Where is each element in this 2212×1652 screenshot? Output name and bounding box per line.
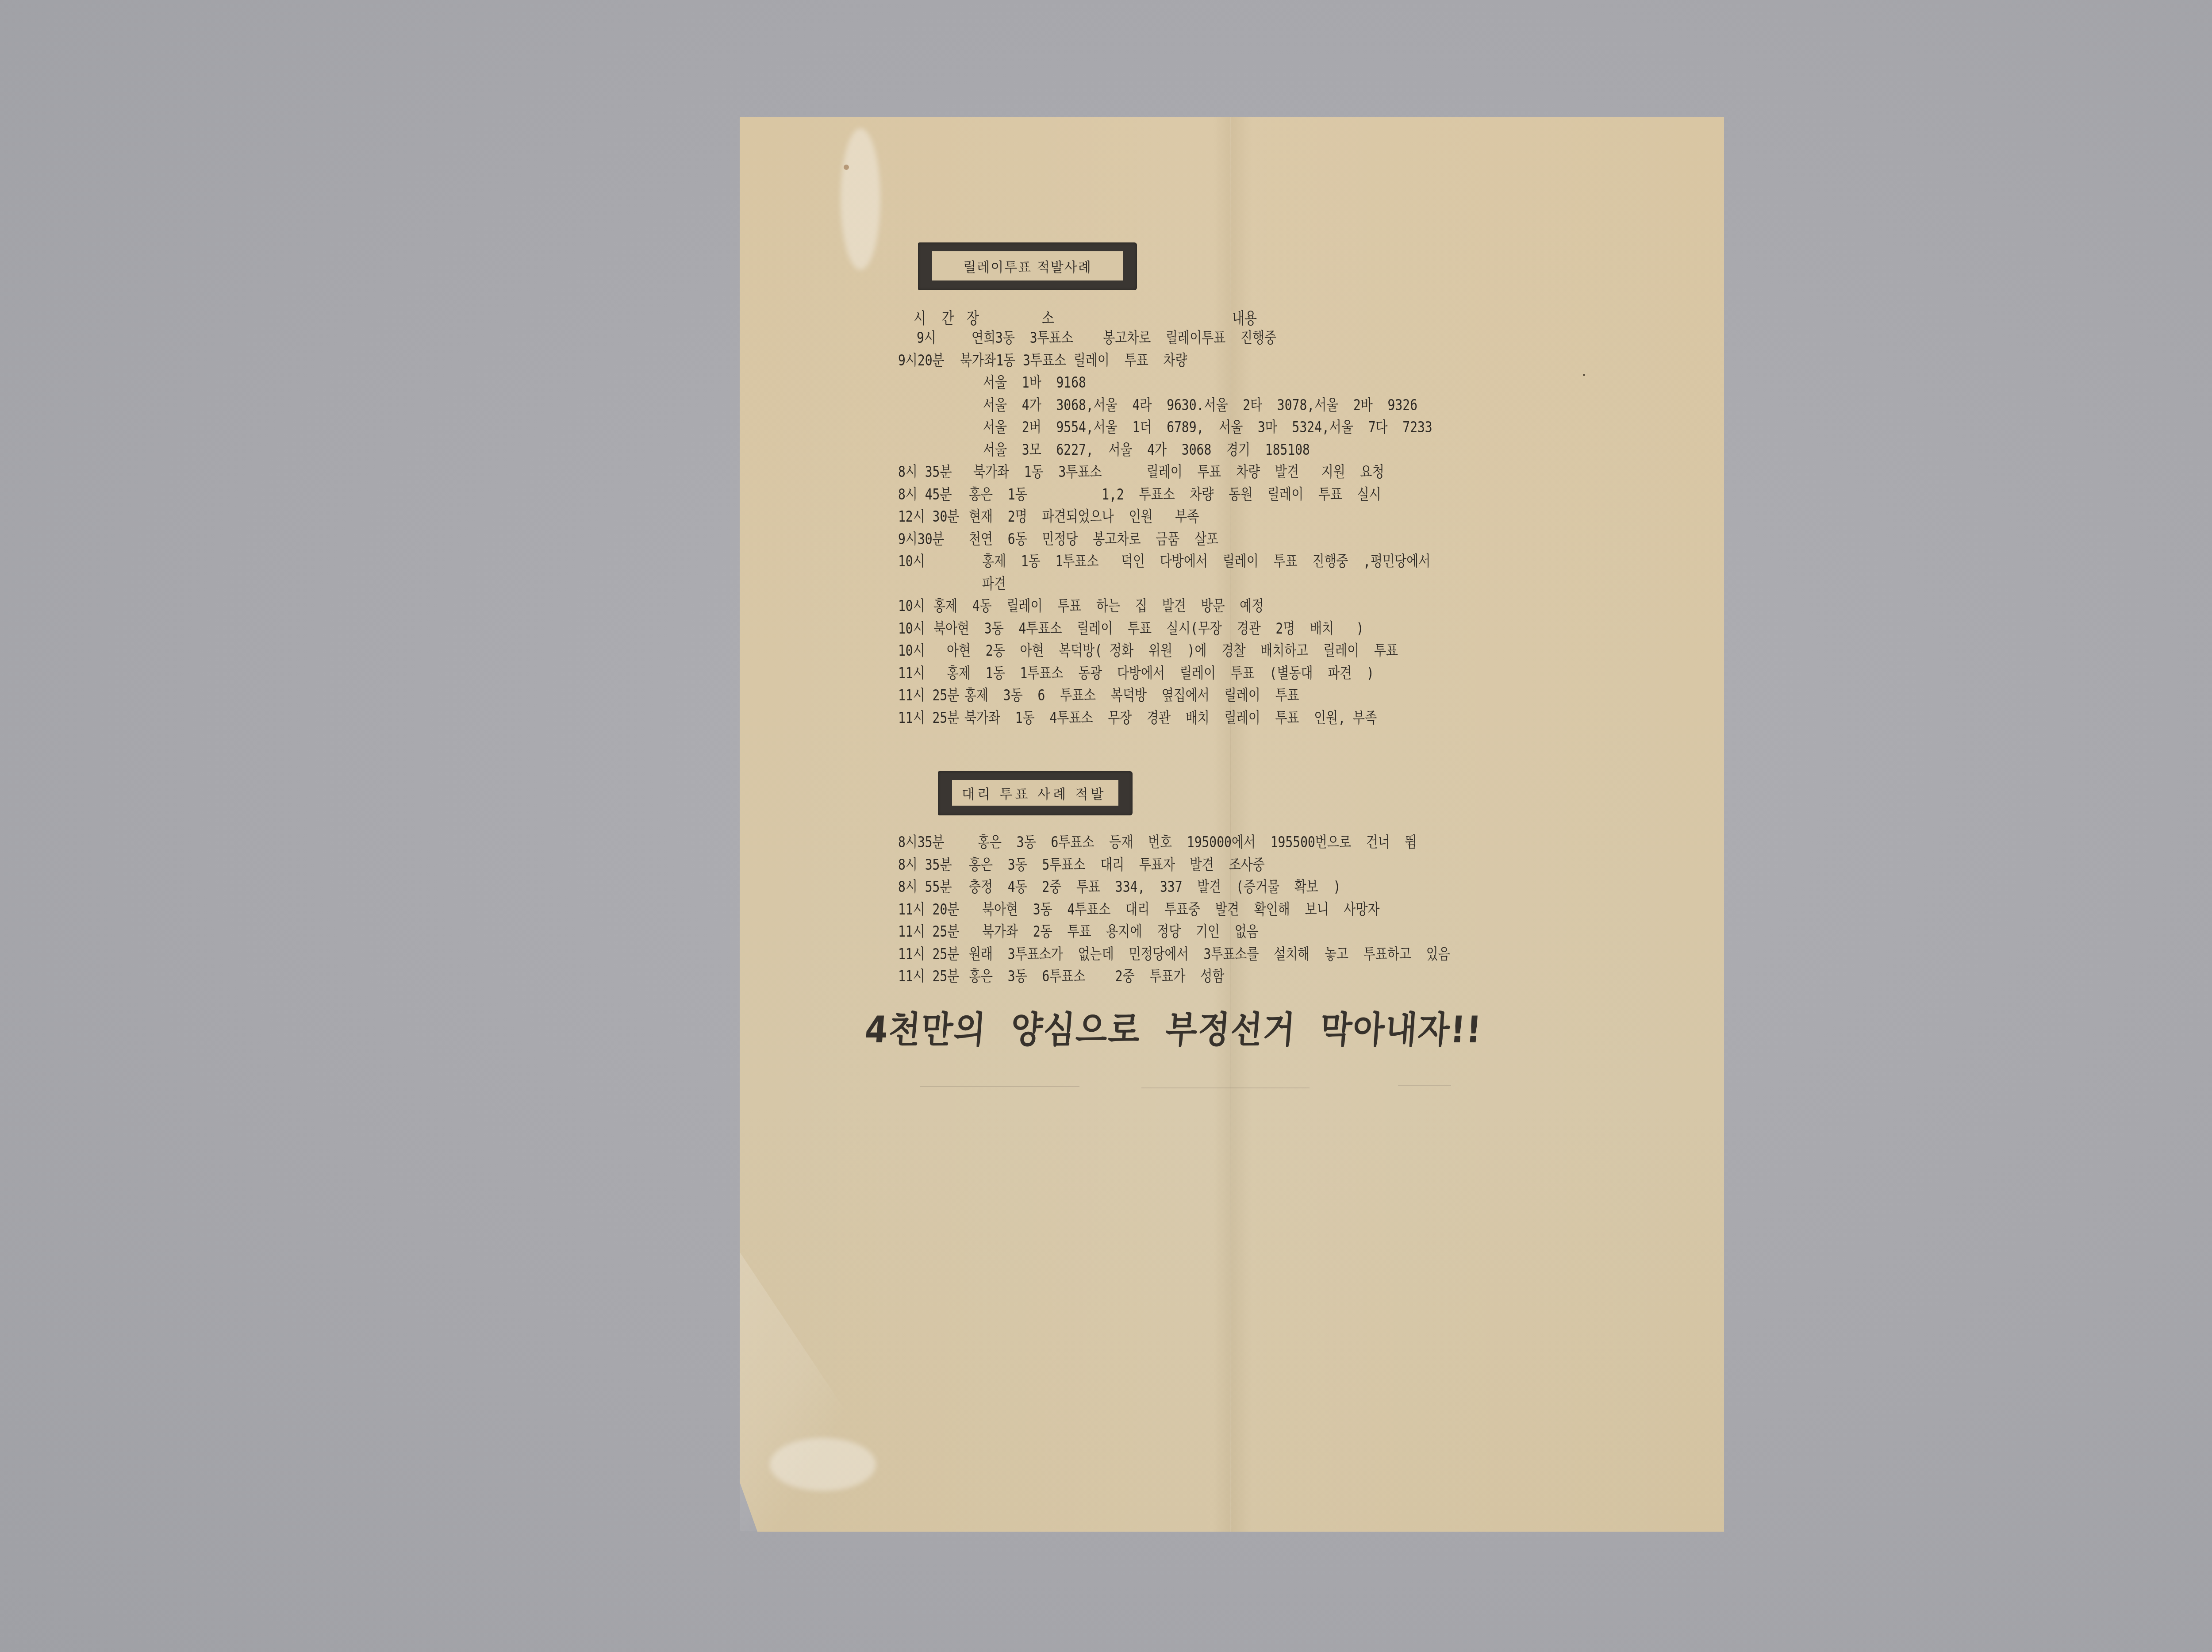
faint-print-line: [1141, 1087, 1310, 1088]
row-text: 서울 3모 6227, 서울 4가 3068 경기 185108: [898, 438, 1310, 460]
section-heading-label: 릴레이투표 적발사례: [932, 251, 1123, 280]
row-text: 서울 2버 9554,서울 1더 6789, 서울 3마 5324,서울 7다 …: [898, 416, 1432, 437]
row-text: 북가좌 2동 투표 용지에 정당 기인 없음: [969, 920, 1259, 941]
faint-print-line: [920, 1086, 1079, 1087]
row-text: 홍은 3동 6투표소 등재 번호 195000에서 195500번으로 건너 뜀: [956, 831, 1417, 852]
proxy-voting-list: 8시35분홍은 3동 6투표소 등재 번호 195000에서 195500번으로…: [898, 831, 1450, 987]
row-text: 북아현 3동 4투표소 릴레이 투표 실시(무장 경관 2명 배치 ): [929, 617, 1364, 638]
row-text: 홍제 4동 릴레이 투표 하는 집 발견 방문 예정: [929, 595, 1263, 616]
row-time: 10시: [898, 550, 933, 571]
row-text: 현재 2명 파견되었으나 인원 부족: [969, 505, 1199, 526]
section-heading-relay-voting: 릴레이투표 적발사례: [918, 242, 1137, 290]
row-text: 서울 1바 9168: [898, 371, 1086, 392]
row-text: 서울 4가 3068,서울 4라 9630.서울 2타 3078,서울 2바 9…: [898, 394, 1417, 415]
paper-speck: [844, 165, 849, 170]
row-text: 아현 2동 아현 복덕방( 정화 위원 )에 경찰 배치하고 릴레이 투표: [929, 639, 1398, 661]
row-time: 8시 55분: [898, 876, 964, 897]
row-time: 11시 25분: [898, 920, 969, 941]
row-time: 8시 45분: [898, 483, 960, 504]
section-heading-proxy-voting: 대리 투표 사례 적발: [938, 771, 1133, 815]
row-time: 8시35분: [898, 831, 956, 852]
row-text: 북가좌1동 3투표소 릴레이 투표 차량: [951, 349, 1187, 370]
faint-print-line: [1398, 1085, 1451, 1086]
row-time: 11시 25분: [898, 943, 969, 964]
section-heading-label: 대리 투표 사례 적발: [952, 780, 1118, 806]
paper-stain: [770, 1438, 876, 1491]
row-text: 파견: [933, 572, 1006, 594]
row-text: 홍은 3동 5투표소 대리 투표자 발견 조사중: [964, 853, 1265, 875]
row-text: 북아현 3동 4투표소 대리 투표중 발견 확인해 보니 사망자: [969, 898, 1380, 919]
row-time: 8시 35분: [898, 461, 960, 482]
row-time: 11시 25분: [898, 707, 960, 728]
row-text: 연희3동 3투표소 봉고차로 릴레이투표 진행중: [936, 327, 1276, 348]
row-text: 천연 6동 민정당 봉고차로 금품 살포: [951, 528, 1218, 549]
row-text: 북가좌 1동 3투표소 릴레이 투표 차량 발견 지원 요청: [960, 461, 1384, 482]
row-text: 홍제 1동 1투표소 덕인 다방에서 릴레이 투표 진행중 ,평민당에서: [933, 550, 1430, 571]
list-item: 11시 25분홍은 3동 6투표소 2중 투표가 성함: [898, 965, 1450, 992]
row-time: 12시 30분: [898, 505, 969, 526]
row-time: 11시 25분: [898, 684, 960, 705]
column-header-content: 내용: [1232, 309, 1257, 328]
row-text: 홍은 1동 1,2 투표소 차량 동원 릴레이 투표 실시: [960, 483, 1381, 504]
row-time: 9시30분: [898, 528, 951, 549]
row-text: 홍은 3동 6투표소 2중 투표가 성함: [969, 965, 1224, 986]
slogan-headline: 4천만의 양심으로 부정선거 막아내자!!: [864, 1001, 1484, 1053]
row-text: 원래 3투표소가 없는데 민정당에서 3투표소를 설치해 놓고 투표하고 있음: [969, 943, 1450, 964]
row-time: 11시 20분: [898, 898, 969, 919]
row-time: 11시: [898, 662, 929, 683]
row-time: 10시: [898, 639, 929, 661]
row-text: 홍제 1동 1투표소 동광 다방에서 릴레이 투표 (별동대 파견 ): [929, 662, 1374, 683]
list-item: 11시 25분북가좌 1동 4투표소 무장 경관 배치 릴레이 투표 인원, 부…: [898, 707, 1432, 734]
row-time: 10시: [898, 595, 929, 616]
row-text: 충정 4동 2중 투표 334, 337 발견 (증거물 확보 ): [964, 876, 1341, 897]
row-time: 8시 35분: [898, 853, 964, 875]
row-time: 10시: [898, 617, 929, 638]
paper-stain: [841, 128, 880, 270]
relay-voting-list: 9시연희3동 3투표소 봉고차로 릴레이투표 진행중 9시20분북가좌1동 3투…: [898, 327, 1432, 729]
row-time: 9시: [917, 327, 936, 348]
paper-speck: [1583, 374, 1585, 376]
row-text: 북가좌 1동 4투표소 무장 경관 배치 릴레이 투표 인원, 부족: [960, 707, 1377, 728]
row-time: 11시 25분: [898, 965, 969, 986]
row-text: 홍제 3동 6 투표소 복덕방 옆집에서 릴레이 투표: [960, 684, 1299, 705]
row-time: 9시20분: [898, 349, 951, 370]
